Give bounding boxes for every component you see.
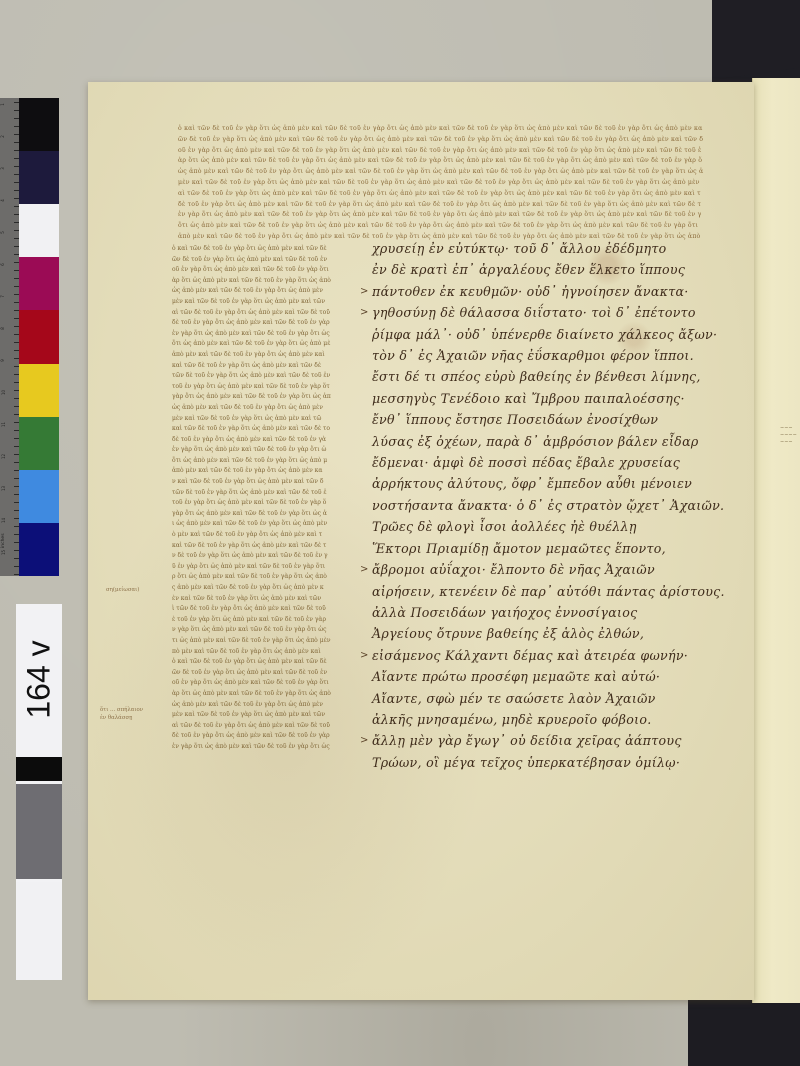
text-line: Τρώων, οἳ μέγα τεῖχος ὑπερκατέβησαν ὁμίλ… — [372, 752, 752, 773]
scholia-line: ὰρ ὅτι ὡς ἀπὸ μὲν καὶ τῶν δὲ τοῦ ἐν γὰρ … — [172, 276, 342, 287]
scholia-line: ν δὲ τοῦ ἐν γὰρ ὅτι ὡς ἀπὸ μὲν καὶ τῶν δ… — [172, 551, 342, 562]
scholia-line: οῦ ἐν γὰρ ὅτι ὡς ἀπὸ μὲν καὶ τῶν δὲ τοῦ … — [172, 265, 342, 276]
measurement-ruler: 123456789101112131415 — [0, 98, 20, 576]
text-line: λύσας ἐξ ὀχέων, παρὰ δ᾽ ἀμβρόσιον βάλεν … — [372, 431, 752, 452]
text-line: ἀλλὰ Ποσειδάων γαιήοχος ἐννοσίγαιος — [372, 602, 752, 623]
scholia-line: ὡς ἀπὸ μὲν καὶ τῶν δὲ τοῦ ἐν γὰρ ὅτι ὡς … — [178, 167, 728, 178]
swatch-green — [19, 417, 59, 470]
swatch-black — [19, 98, 59, 151]
scholia-line: μὲν καὶ τῶν δὲ τοῦ ἐν γὰρ ὅτι ὡς ἀπὸ μὲν… — [172, 710, 342, 721]
scholia-line: μὲν καὶ τῶν δὲ τοῦ ἐν γὰρ ὅτι ὡς ἀπὸ μὲν… — [172, 414, 342, 425]
scholia-line: πὸ μὲν καὶ τῶν δὲ τοῦ ἐν γὰρ ὅτι ὡς ἀπὸ … — [172, 647, 342, 658]
text-line-content: ἔδμεναι· ἀμφὶ δὲ ποσσὶ πέδας ἔβαλε χρυσε… — [372, 455, 680, 470]
color-calibration-chart — [19, 98, 59, 576]
swatch-yellow — [19, 364, 59, 417]
text-line: μεσσηγὺς Τενέδοιο καὶ Ἴμβρου παιπαλοέσση… — [372, 388, 752, 409]
scholia-line: ὶ τῶν δὲ τοῦ ἐν γὰρ ὅτι ὡς ἀπὸ μὲν καὶ τ… — [172, 604, 342, 615]
scholia-line: ὅτι ὡς ἀπὸ μὲν καὶ τῶν δὲ τοῦ ἐν γὰρ ὅτι… — [178, 221, 728, 232]
text-line: τὸν δ᾽ ἐς Ἀχαιῶν νῆας ἐΰσκαρθμοι φέρον ἵ… — [372, 345, 752, 366]
text-line: αἱρήσειν, κτενέειν δὲ παρ᾽ αὐτόθι πάντας… — [372, 581, 752, 602]
ruler-number: 11 — [1, 422, 6, 427]
text-line: ἔστι δέ τι σπέος εὐρὺ βαθείης ἐν βένθεσι… — [372, 366, 752, 387]
text-line-content: Ἕκτορι Πριαμίδῃ ἄμοτον μεμαῶτες ἕποντο, — [372, 541, 666, 556]
ruler-number: 5 — [0, 231, 5, 234]
text-line-content: λύσας ἐξ ὀχέων, παρὰ δ᾽ ἀμβρόσιον βάλεν … — [372, 434, 699, 449]
grayscale-white — [16, 882, 62, 980]
scholia-line: ῦ ἐν γὰρ ὅτι ὡς ἀπὸ μὲν καὶ τῶν δὲ τοῦ ἐ… — [172, 562, 342, 573]
scholia-line: αὶ τῶν δὲ τοῦ ἐν γὰρ ὅτι ὡς ἀπὸ μὲν καὶ … — [172, 308, 342, 319]
text-line-content: ἔνθ᾽ ἵππους ἔστησε Ποσειδάων ἐνοσίχθων — [372, 412, 658, 427]
diple-mark-icon: > — [360, 302, 369, 323]
ruler-number: 3 — [0, 167, 5, 170]
text-line-content: Τρῶες δὲ φλογὶ ἶσοι ἀολλέες ἠὲ θυέλλῃ — [372, 519, 637, 534]
scholia-line: γὰρ ὅτι ὡς ἀπὸ μὲν καὶ τῶν δὲ τοῦ ἐν γὰρ… — [172, 392, 342, 403]
scholia-line: αὶ τῶν δὲ τοῦ ἐν γὰρ ὅτι ὡς ἀπὸ μὲν καὶ … — [178, 189, 728, 200]
text-line-content: αἱρήσειν, κτενέειν δὲ παρ᾽ αὐτόθι πάντας… — [372, 584, 725, 599]
swatch-dark-navy — [19, 151, 59, 204]
scholia-line: τοῦ ἐν γὰρ ὅτι ὡς ἀπὸ μὲν καὶ τῶν δὲ τοῦ… — [172, 382, 342, 393]
text-line: Αἴαντε πρώτω προσέφη μεμαῶτε καὶ αὐτώ· — [372, 666, 752, 687]
scholia-line: αὶ τῶν δὲ τοῦ ἐν γὰρ ὅτι ὡς ἀπὸ μὲν καὶ … — [172, 721, 342, 732]
folio-label-card: 164 v — [16, 604, 62, 754]
text-line: ἐν δὲ κρατὶ ἐπ᾽ ἀργαλέους ἔθεν ἕλκετο ἵπ… — [372, 259, 752, 280]
scholia-line: ς ἀπὸ μὲν καὶ τῶν δὲ τοῦ ἐν γὰρ ὅτι ὡς ἀ… — [172, 583, 342, 594]
scholia-line: τοῦ ἐν γὰρ ὅτι ὡς ἀπὸ μὲν καὶ τῶν δὲ τοῦ… — [172, 498, 342, 509]
text-line: ἔδμεναι· ἀμφὶ δὲ ποσσὶ πέδας ἔβαλε χρυσε… — [372, 452, 752, 473]
text-line: >ἄβρομοι αὐΐαχοι· ἔλποντο δὲ νῆας Ἀχαιῶν — [372, 559, 752, 580]
ruler-number: 2 — [0, 135, 5, 138]
ruler-number: 9 — [0, 359, 5, 362]
text-line: Αἴαντε, σφὼ μέν τε σαώσετε λαὸν Ἀχαιῶν — [372, 688, 752, 709]
scholia-line: οῦ ἐν γὰρ ὅτι ὡς ἀπὸ μὲν καὶ τῶν δὲ τοῦ … — [178, 146, 728, 157]
swatch-magenta — [19, 257, 59, 310]
margin-note: ση(μείωσαι) — [106, 586, 139, 594]
scholia-line: ὲ τοῦ ἐν γὰρ ὅτι ὡς ἀπὸ μὲν καὶ τῶν δὲ τ… — [172, 615, 342, 626]
text-line: ἀλκῆς μνησαμένω, μηδὲ κρυεροῖο φόβοιο. — [372, 709, 752, 730]
text-line-content: γηθοσύνῃ δὲ θάλασσα διΐστατο· τοὶ δ᾽ ἐπέ… — [372, 305, 696, 320]
folio-number: 164 v — [21, 640, 58, 718]
scholia-line: δὲ τοῦ ἐν γὰρ ὅτι ὡς ἀπὸ μὲν καὶ τῶν δὲ … — [172, 435, 342, 446]
text-line-content: ῥίμφα μάλ᾽· οὐδ᾽ ὑπένερθε διαίνετο χάλκε… — [372, 327, 717, 342]
text-line: ῥίμφα μάλ᾽· οὐδ᾽ ὑπένερθε διαίνετο χάλκε… — [372, 324, 752, 345]
text-line-content: ἀρρήκτους ἀλύτους, ὄφρ᾽ ἔμπεδον αὖθι μέν… — [372, 476, 692, 491]
grayscale-gray — [16, 784, 62, 879]
scholia-line: ὰρ ὅτι ὡς ἀπὸ μὲν καὶ τῶν δὲ τοῦ ἐν γὰρ … — [172, 689, 342, 700]
scholia-line: ἐν γὰρ ὅτι ὡς ἀπὸ μὲν καὶ τῶν δὲ τοῦ ἐν … — [172, 445, 342, 456]
text-line-content: ἔστι δέ τι σπέος εὐρὺ βαθείης ἐν βένθεσι… — [372, 369, 701, 384]
ruler-unit-label: inches — [1, 533, 6, 548]
ruler-number: 14 — [1, 518, 6, 523]
scholia-line: ἐν γὰρ ὅτι ὡς ἀπὸ μὲν καὶ τῶν δὲ τοῦ ἐν … — [172, 742, 342, 753]
scholia-left-column: ὁ καὶ τῶν δὲ τοῦ ἐν γὰρ ὅτι ὡς ἀπὸ μὲν κ… — [172, 244, 342, 753]
scholia-line: καὶ τῶν δὲ τοῦ ἐν γὰρ ὅτι ὡς ἀπὸ μὲν καὶ… — [172, 424, 342, 435]
text-line: χρυσείῃ ἐν εὐτύκτῳ· τοῦ δ᾽ ἄλλου ἐδέδμητ… — [372, 238, 752, 259]
folio-target: 164 v — [16, 604, 62, 980]
text-line: >ἄλλῃ μὲν γὰρ ἔγωγ᾽ οὐ δείδια χεῖρας ἀάπ… — [372, 730, 752, 751]
ruler-number: 12 — [1, 454, 6, 459]
ruler-number: 7 — [0, 295, 5, 298]
text-line: Ἀργείους ὄτρυνε βαθείης ἐξ ἁλὸς ἐλθών, — [372, 623, 752, 644]
diple-mark-icon: > — [360, 730, 369, 751]
ruler-number: 15 — [1, 550, 6, 555]
scholia-line: γὰρ ὅτι ὡς ἀπὸ μὲν καὶ τῶν δὲ τοῦ ἐν γὰρ… — [172, 509, 342, 520]
scholia-line: ν καὶ τῶν δὲ τοῦ ἐν γὰρ ὅτι ὡς ἀπὸ μὲν κ… — [172, 477, 342, 488]
text-line-content: Αἴαντε, σφὼ μέν τε σαώσετε λαὸν Ἀχαιῶν — [372, 691, 656, 706]
scholia-line: τῶν δὲ τοῦ ἐν γὰρ ὅτι ὡς ἀπὸ μὲν καὶ τῶν… — [172, 488, 342, 499]
scholia-line: ἐν γὰρ ὅτι ὡς ἀπὸ μὲν καὶ τῶν δὲ τοῦ ἐν … — [172, 329, 342, 340]
scholia-line: μὲν καὶ τῶν δὲ τοῦ ἐν γὰρ ὅτι ὡς ἀπὸ μὲν… — [172, 297, 342, 308]
scholia-line: ν γὰρ ὅτι ὡς ἀπὸ μὲν καὶ τῶν δὲ τοῦ ἐν γ… — [172, 625, 342, 636]
diple-mark-icon: > — [360, 281, 369, 302]
text-line: >πάντοθεν ἐκ κευθμῶν· οὐδ᾽ ἠγνοίησεν ἄνα… — [372, 281, 752, 302]
scholia-line: ὲν καὶ τῶν δὲ τοῦ ἐν γὰρ ὅτι ὡς ἀπὸ μὲν … — [172, 594, 342, 605]
scholia-line: τῶν δὲ τοῦ ἐν γὰρ ὅτι ὡς ἀπὸ μὲν καὶ τῶν… — [172, 371, 342, 382]
scholia-line: ὸ μὲν καὶ τῶν δὲ τοῦ ἐν γὰρ ὅτι ὡς ἀπὸ μ… — [172, 530, 342, 541]
text-line: >γηθοσύνῃ δὲ θάλασσα διΐστατο· τοὶ δ᾽ ἐπ… — [372, 302, 752, 323]
facing-page-edge — [752, 78, 800, 1003]
text-line-content: ἀλκῆς μνησαμένω, μηδὲ κρυεροῖο φόβοιο. — [372, 712, 652, 727]
ruler-number: 8 — [0, 327, 5, 330]
text-line-content: ἄλλῃ μὲν γὰρ ἔγωγ᾽ οὐ δείδια χεῖρας ἀάπτ… — [372, 733, 682, 748]
text-line-content: νοστήσαντα ἄνακτα· ὁ δ᾽ ἐς στρατὸν ᾤχετ᾽… — [372, 498, 724, 513]
scholia-line: ὁ καὶ τῶν δὲ τοῦ ἐν γὰρ ὅτι ὡς ἀπὸ μὲν κ… — [172, 244, 342, 255]
scholia-line: ι ὡς ἀπὸ μὲν καὶ τῶν δὲ τοῦ ἐν γὰρ ὅτι ὡ… — [172, 519, 342, 530]
scholia-line: ῶν δὲ τοῦ ἐν γὰρ ὅτι ὡς ἀπὸ μὲν καὶ τῶν … — [178, 135, 728, 146]
scholia-line: ἀπὸ μὲν καὶ τῶν δὲ τοῦ ἐν γὰρ ὅτι ὡς ἀπὸ… — [172, 350, 342, 361]
ruler-number: 10 — [1, 390, 6, 395]
ruler-number: 13 — [1, 486, 6, 491]
text-line-content: χρυσείῃ ἐν εὐτύκτῳ· τοῦ δ᾽ ἄλλου ἐδέδμητ… — [372, 241, 667, 256]
text-line-content: Αἴαντε πρώτω προσέφη μεμαῶτε καὶ αὐτώ· — [372, 669, 660, 684]
scholia-line: ὅτι ὡς ἀπὸ μὲν καὶ τῶν δὲ τοῦ ἐν γὰρ ὅτι… — [172, 339, 342, 350]
text-line-content: πάντοθεν ἐκ κευθμῶν· οὐδ᾽ ἠγνοίησεν ἄνακ… — [372, 284, 689, 299]
swatch-white — [19, 204, 59, 257]
ruler-number: 1 — [0, 103, 5, 106]
scholia-line: καὶ τῶν δὲ τοῦ ἐν γὰρ ὅτι ὡς ἀπὸ μὲν καὶ… — [172, 361, 342, 372]
scholia-top-block: ὁ καὶ τῶν δὲ τοῦ ἐν γὰρ ὅτι ὡς ἀπὸ μὲν κ… — [178, 124, 728, 243]
ruler-number: 4 — [0, 199, 5, 202]
text-line: >εἰσάμενος Κάλχαντι δέμας καὶ ἀτειρέα φω… — [372, 645, 752, 666]
facing-page-text-fragment: ~~~~~~~~~~ — [780, 425, 797, 446]
swatch-dark-blue — [19, 523, 59, 576]
grayscale-black — [16, 757, 62, 781]
scholia-line: ὡς ἀπὸ μὲν καὶ τῶν δὲ τοῦ ἐν γὰρ ὅτι ὡς … — [172, 700, 342, 711]
text-line-content: ἄβρομοι αὐΐαχοι· ἔλποντο δὲ νῆας Ἀχαιῶν — [372, 562, 655, 577]
text-line-content: Τρώων, οἳ μέγα τεῖχος ὑπερκατέβησαν ὁμίλ… — [372, 755, 680, 770]
scholia-line: καὶ τῶν δὲ τοῦ ἐν γὰρ ὅτι ὡς ἀπὸ μὲν καὶ… — [172, 541, 342, 552]
scholia-line: ὅτι ὡς ἀπὸ μὲν καὶ τῶν δὲ τοῦ ἐν γὰρ ὅτι… — [172, 456, 342, 467]
text-line: ἔνθ᾽ ἵππους ἔστησε Ποσειδάων ἐνοσίχθων — [372, 409, 752, 430]
scholia-line: ὡς ἀπὸ μὲν καὶ τῶν δὲ τοῦ ἐν γὰρ ὅτι ὡς … — [172, 286, 342, 297]
scholia-line: ῶν δὲ τοῦ ἐν γὰρ ὅτι ὡς ἀπὸ μὲν καὶ τῶν … — [172, 255, 342, 266]
diple-mark-icon: > — [360, 559, 369, 580]
text-line: νοστήσαντα ἄνακτα· ὁ δ᾽ ἐς στρατὸν ᾤχετ᾽… — [372, 495, 752, 516]
text-line-content: ἀλλὰ Ποσειδάων γαιήοχος ἐννοσίγαιος — [372, 605, 638, 620]
scholia-line: ρ ὅτι ὡς ἀπὸ μὲν καὶ τῶν δὲ τοῦ ἐν γὰρ ὅ… — [172, 572, 342, 583]
text-line-content: Ἀργείους ὄτρυνε βαθείης ἐξ ἁλὸς ἐλθών, — [372, 626, 644, 641]
text-line: Τρῶες δὲ φλογὶ ἶσοι ἀολλέες ἠὲ θυέλλῃ — [372, 516, 752, 537]
main-text-block: χρυσείῃ ἐν εὐτύκτῳ· τοῦ δ᾽ ἄλλου ἐδέδμητ… — [372, 238, 752, 773]
diple-mark-icon: > — [360, 645, 369, 666]
swatch-red — [19, 310, 59, 363]
swatch-light-blue — [19, 470, 59, 523]
scholia-line: δὲ τοῦ ἐν γὰρ ὅτι ὡς ἀπὸ μὲν καὶ τῶν δὲ … — [178, 200, 728, 211]
text-line: ἀρρήκτους ἀλύτους, ὄφρ᾽ ἔμπεδον αὖθι μέν… — [372, 473, 752, 494]
text-line-content: μεσσηγὺς Τενέδοιο καὶ Ἴμβρου παιπαλοέσση… — [372, 391, 685, 406]
text-line-content: ἐν δὲ κρατὶ ἐπ᾽ ἀργαλέους ἔθεν ἕλκετο ἵπ… — [372, 262, 685, 277]
scholia-line: ὰρ ὅτι ὡς ἀπὸ μὲν καὶ τῶν δὲ τοῦ ἐν γὰρ … — [178, 156, 728, 167]
scholia-line: τι ὡς ἀπὸ μὲν καὶ τῶν δὲ τοῦ ἐν γὰρ ὅτι … — [172, 636, 342, 647]
scholia-line: δὲ τοῦ ἐν γὰρ ὅτι ὡς ἀπὸ μὲν καὶ τῶν δὲ … — [172, 731, 342, 742]
scholia-line: ὡς ἀπὸ μὲν καὶ τῶν δὲ τοῦ ἐν γὰρ ὅτι ὡς … — [172, 403, 342, 414]
scholia-line: ῶν δὲ τοῦ ἐν γὰρ ὅτι ὡς ἀπὸ μὲν καὶ τῶν … — [172, 668, 342, 679]
scholia-line: ὁ καὶ τῶν δὲ τοῦ ἐν γὰρ ὅτι ὡς ἀπὸ μὲν κ… — [178, 124, 728, 135]
scholia-line: ἐν γὰρ ὅτι ὡς ἀπὸ μὲν καὶ τῶν δὲ τοῦ ἐν … — [178, 210, 728, 221]
scholia-line: ὁ καὶ τῶν δὲ τοῦ ἐν γὰρ ὅτι ὡς ἀπὸ μὲν κ… — [172, 657, 342, 668]
text-line: Ἕκτορι Πριαμίδῃ ἄμοτον μεμαῶτες ἕποντο, — [372, 538, 752, 559]
margin-note: ὅτι ... σπήλαιον ἐν θαλάσσῃ — [100, 706, 150, 722]
ruler-number: 6 — [0, 263, 5, 266]
text-line-content: τὸν δ᾽ ἐς Ἀχαιῶν νῆας ἐΰσκαρθμοι φέρον ἵ… — [372, 348, 694, 363]
text-line-content: εἰσάμενος Κάλχαντι δέμας καὶ ἀτειρέα φων… — [372, 648, 688, 663]
scholia-line: δὲ τοῦ ἐν γὰρ ὅτι ὡς ἀπὸ μὲν καὶ τῶν δὲ … — [172, 318, 342, 329]
scholia-line: οῦ ἐν γὰρ ὅτι ὡς ἀπὸ μὲν καὶ τῶν δὲ τοῦ … — [172, 678, 342, 689]
scholia-line: ἀπὸ μὲν καὶ τῶν δὲ τοῦ ἐν γὰρ ὅτι ὡς ἀπὸ… — [172, 466, 342, 477]
scholia-line: μὲν καὶ τῶν δὲ τοῦ ἐν γὰρ ὅτι ὡς ἀπὸ μὲν… — [178, 178, 728, 189]
dark-cloth-top — [712, 0, 800, 90]
